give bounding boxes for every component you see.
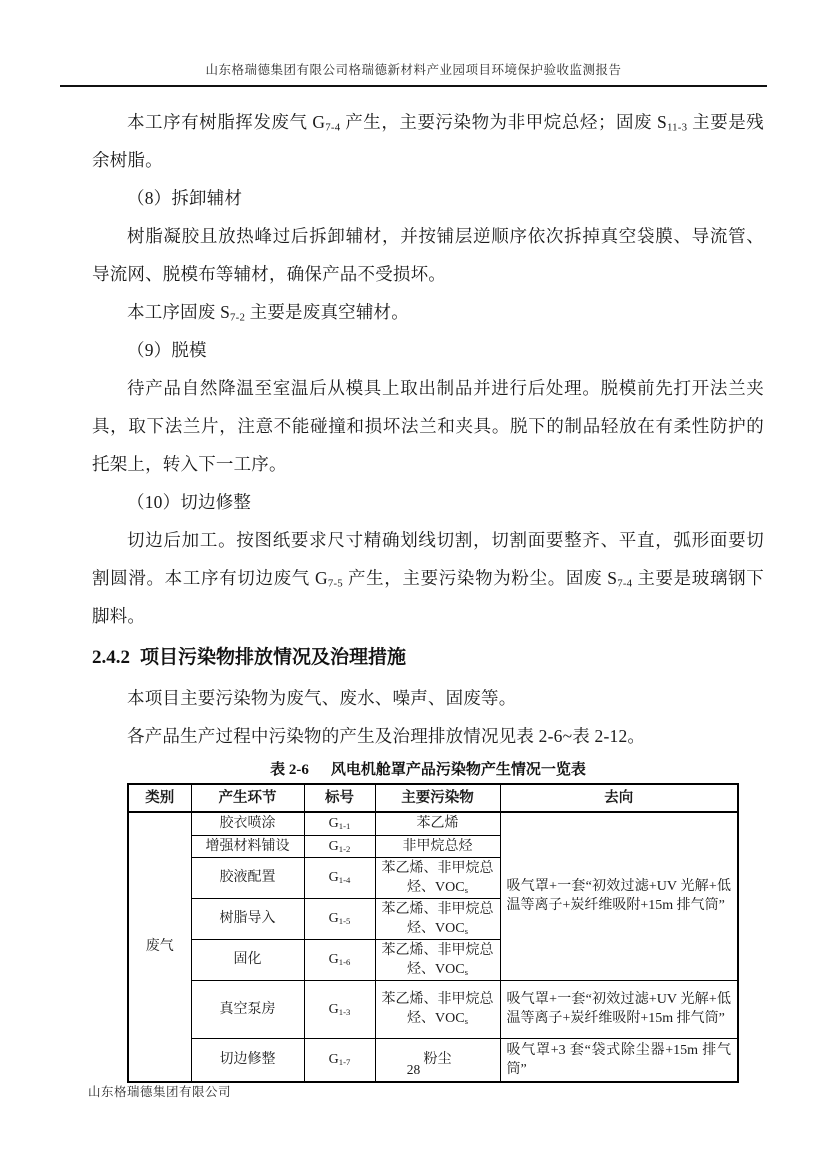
running-header-title: 山东格瑞德集团有限公司格瑞德新材料产业园项目环境保护验收监测报告 [205, 63, 621, 77]
stage-cell: 胶衣喷涂 [191, 812, 304, 835]
header-cell-code: 标号 [304, 784, 375, 812]
section-title: 项目污染物排放情况及治理措施 [140, 647, 406, 668]
stage-cell: 胶液配置 [191, 857, 304, 898]
table-row: 真空泵房 G1-3 苯乙烯、非甲烷总烃、VOCs 吸气罩+一套“初效过滤+UV … [128, 980, 738, 1038]
header-cell-category: 类别 [128, 784, 191, 812]
header-cell-stage: 产生环节 [191, 784, 304, 812]
sub-step-heading: （9）脱模 [92, 331, 764, 369]
code-cell: G1-1 [304, 812, 375, 835]
stage-cell: 固化 [191, 939, 304, 980]
table-header-row: 类别 产生环节 标号 主要污染物 去向 [128, 784, 738, 812]
paragraph: 各产品生产过程中污染物的产生及治理排放情况见表 2-6~表 2-12。 [92, 717, 764, 755]
table-caption-label: 表 2-6 [270, 762, 309, 778]
code-cell: G1-2 [304, 835, 375, 857]
paragraph: 待产品自然降温至室温后从模具上取出制品并进行后处理。脱模前先打开法兰夹具，取下法… [92, 369, 764, 483]
paragraph: 切边后加工。按图纸要求尺寸精确划线切割，切割面要整齐、平直，弧形面要切割圆滑。本… [92, 521, 764, 635]
section-number: 2.4.2 [92, 647, 130, 668]
table-row: 废气 胶衣喷涂 G1-1 苯乙烯 吸气罩+一套“初效过滤+UV 光解+低温等离子… [128, 812, 738, 835]
destination-cell: 吸气罩+一套“初效过滤+UV 光解+低温等离子+炭纤维吸附+15m 排气筒” [500, 980, 738, 1038]
pollutants-cell: 苯乙烯、非甲烷总烃、VOCs [375, 939, 500, 980]
destination-cell: 吸气罩+一套“初效过滤+UV 光解+低温等离子+炭纤维吸附+15m 排气筒” [500, 812, 738, 980]
stage-cell: 树脂导入 [191, 898, 304, 939]
paragraph: 本工序固废 S7-2 主要是废真空辅材。 [92, 293, 764, 331]
pollutants-cell: 苯乙烯 [375, 812, 500, 835]
table-caption: 表 2-6风电机舱罩产品污染物产生情况一览表 [92, 757, 764, 783]
code-cell: G1-6 [304, 939, 375, 980]
code-cell: G1-5 [304, 898, 375, 939]
running-header: 山东格瑞德集团有限公司格瑞德新材料产业园项目环境保护验收监测报告 [60, 60, 767, 87]
category-cell: 废气 [128, 812, 191, 1082]
page-content: 本工序有树脂挥发废气 G7-4 产生，主要污染物为非甲烷总烃；固废 S11-3 … [92, 103, 764, 1083]
stage-cell: 真空泵房 [191, 980, 304, 1038]
paragraph: 本工序有树脂挥发废气 G7-4 产生，主要污染物为非甲烷总烃；固废 S11-3 … [92, 103, 764, 179]
sub-step-heading: （8）拆卸辅材 [92, 179, 764, 217]
footer-company: 山东格瑞德集团有限公司 [88, 1082, 231, 1100]
paragraph: 本项目主要污染物为废气、废水、噪声、固废等。 [92, 679, 764, 717]
code-cell: G1-4 [304, 857, 375, 898]
pollutant-table: 类别 产生环节 标号 主要污染物 去向 废气 胶衣喷涂 G1-1 苯乙烯 吸气罩… [127, 783, 739, 1083]
section-heading: 2.4.2项目污染物排放情况及治理措施 [92, 643, 764, 673]
pollutants-cell: 非甲烷总烃 [375, 835, 500, 857]
pollutants-cell: 苯乙烯、非甲烷总烃、VOCs [375, 898, 500, 939]
header-cell-pollutants: 主要污染物 [375, 784, 500, 812]
pollutants-cell: 苯乙烯、非甲烷总烃、VOCs [375, 857, 500, 898]
pollutants-cell: 苯乙烯、非甲烷总烃、VOCs [375, 980, 500, 1038]
sub-step-heading: （10）切边修整 [92, 483, 764, 521]
paragraph: 树脂凝胶且放热峰过后拆卸辅材，并按铺层逆顺序依次拆掉真空袋膜、导流管、导流网、脱… [92, 217, 764, 293]
stage-cell: 增强材料铺设 [191, 835, 304, 857]
header-cell-destination: 去向 [500, 784, 738, 812]
table-caption-title: 风电机舱罩产品污染物产生情况一览表 [331, 762, 586, 778]
code-cell: G1-3 [304, 980, 375, 1038]
page-number: 28 [0, 1062, 827, 1078]
document-page: 山东格瑞德集团有限公司格瑞德新材料产业园项目环境保护验收监测报告 本工序有树脂挥… [0, 0, 827, 1169]
